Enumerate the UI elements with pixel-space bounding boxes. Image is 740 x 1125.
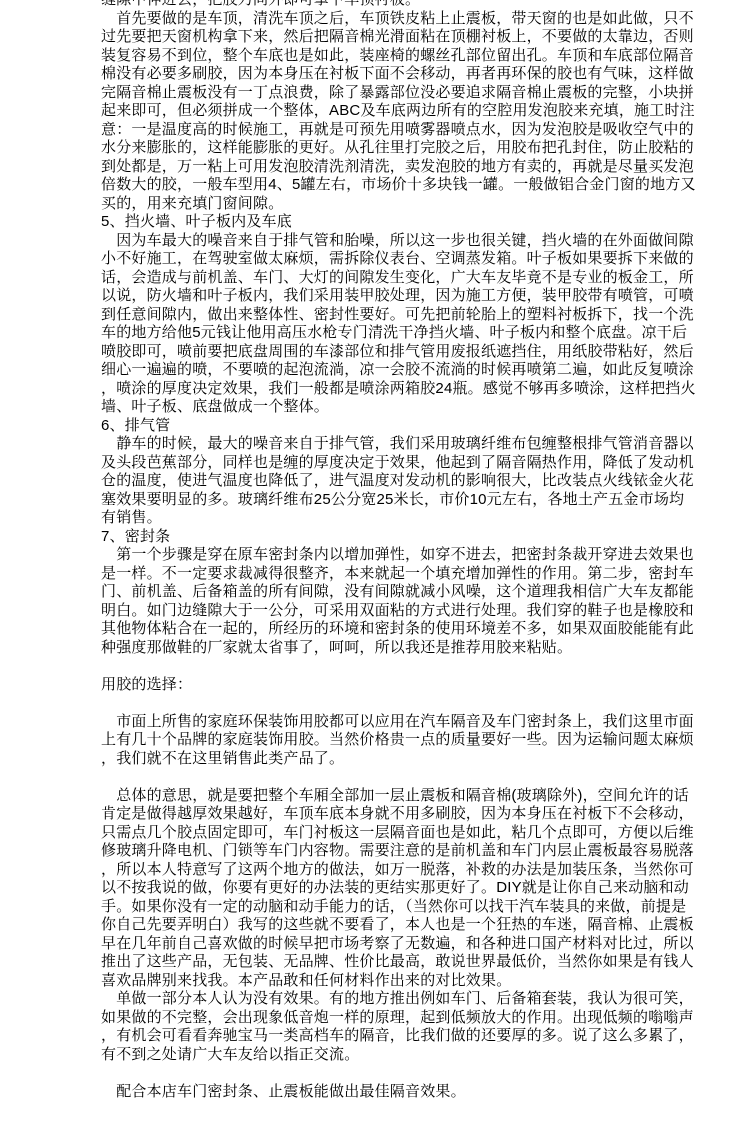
text-line: 上有几十个品牌的家庭装饰用胶。当然价格贵一点的质量要好一些。因为运输问题太麻烦: [101, 731, 734, 750]
text-line: 第一个步骤是穿在原车密封条内以增加弹性，如穿不进去，把密封条裁开穿进去效果也: [101, 546, 734, 565]
text-line: 话，会造成与前机盖、车门、大灯的间隙发生变化，广大车友毕竟不是专业的板金工，所: [101, 269, 734, 288]
text-line: 只需点几个胶点固定即可，车门衬板这一层隔音面也是如此，粘几个点即可，方便以后维: [101, 824, 734, 843]
text-line: 小不好施工，在驾驶室做太麻烦，需拆除仪表台、空调蒸发箱。叶子板如果要拆下来做的: [101, 250, 734, 269]
text-line: 塞效果要明显的多。玻璃纤维布25公分宽25米长，市价10元左右，各地土产五金市场…: [101, 491, 734, 510]
text-line: [101, 1064, 734, 1083]
text-line: 及头段芭蕉部分，同样也是缠的厚度决定于效果，他起到了隔音隔热作用，降低了发动机: [101, 454, 734, 473]
text-line: 如果做的不完整，会出现象低音炮一样的原理，起到低频放大的作用。出现低频的嗡嗡声: [101, 1009, 734, 1028]
text-line: 门、前机盖、后备箱盖的所有间隙，没有间隙就减小风噪，这个道理我相信广大车友都能: [101, 583, 734, 602]
text-line: ，有机会可看看奔驰宝马一类高档车的隔音，比我们做的还要厚的多。说了这么多累了，: [101, 1027, 734, 1046]
text-line: 用胶的选择：: [101, 676, 734, 695]
text-line: 6、排气管: [101, 417, 734, 436]
text-line: 配合本店车门密封条、止震板能做出最佳隔音效果。: [101, 1083, 734, 1102]
text-line: 过先要把天窗机构拿下来，然后把隔音棉光滑面粘在顶棚衬板上，不要做的太靠边，否则: [101, 28, 734, 47]
document-page: 缝隙中伸进去，把胶刀向外即可拿下车顶衬板。 首先要做的是车顶，清洗车顶之后，车顶…: [0, 0, 740, 1125]
text-line: 修玻璃升降电机、门锁等车门内容物。需要注意的是前机盖和车门内层止震板最容易脱落: [101, 842, 734, 861]
text-line: 你自己先要弄明白）我写的这些就不要看了，本人也是一个狂热的车迷，隔音棉、止震板: [101, 916, 734, 935]
text-line: 缝隙中伸进去，把胶刀向外即可拿下车顶衬板。: [101, 0, 734, 10]
text-line: 首先要做的是车顶，清洗车顶之后，车顶铁皮粘上止震板，带天窗的也是如此做，只不: [101, 10, 734, 29]
text-line: 因为车最大的噪音来自于排气管和胎噪，所以这一步也很关键，挡火墙的在外面做间隙: [101, 232, 734, 251]
text-line: 买的，用来充填门窗间隙。: [101, 195, 734, 214]
text-line: ，我们就不在这里销售此类产品了。: [101, 750, 734, 769]
text-line: 起来即可，但必须拼成一个整体，ABC及车底两边所有的空腔用发泡胶来充填，施工时注: [101, 102, 734, 121]
text-line: 喷胶即可，喷前要把底盘周围的车漆部位和排气管用废报纸遮挡住，用纸胶带粘好，然后: [101, 343, 734, 362]
text-line: 有销售。: [101, 509, 734, 528]
text-line: 以说，防火墙和叶子板内，我们采用装甲胶处理，因为施工方便，装甲胶带有喷管，可喷: [101, 287, 734, 306]
text-line: 手。如果你没有一定的动脑和动手能力的话，（当然你可以找干汽车装具的来做，前提是: [101, 898, 734, 917]
text-line: 5、挡火墙、叶子板内及车底: [101, 213, 734, 232]
text-line: 有不到之处请广大车友给以指正交流。: [101, 1046, 734, 1065]
text-line: 早在几年前自己喜欢做的时候早把市场考察了无数遍，和各种进口国产材料对比过，所以: [101, 935, 734, 954]
text-line: ，喷涂的厚度决定效果，我们一般都是喷涂两箱胶24瓶。感觉不够再多喷涂，这样把挡火: [101, 380, 734, 399]
text-line: 喜欢品牌别来找我。本产品敢和任何材料作出来的对比效果。: [101, 972, 734, 991]
text-line: 到处都是，万一粘上可用发泡胶清洗剂清洗，卖发泡胶的地方有卖的，再就是尽量买发泡: [101, 158, 734, 177]
text-line: 墙、叶子板、底盘做成一个整体。: [101, 398, 734, 417]
text-line: 意：一是温度高的时候施工，再就是可预先用喷雾器喷点水，因为发泡胶是吸收空气中的: [101, 121, 734, 140]
text-line: 棉没有必要多刷胶，因为本身压在衬板下面不会移动，再者再环保的胶也有气味，这样做: [101, 65, 734, 84]
text-line: 倍数大的胶，一般车型用4、5罐左右，市场价十多块钱一罐。一般做铝合金门窗的地方又: [101, 176, 734, 195]
text-line: 车的地方给他5元钱让他用高压水枪专门清洗干净挡火墙、叶子板内和整个底盘。凉干后: [101, 324, 734, 343]
text-line: 总体的意思，就是要把整个车厢全部加一层止震板和隔音棉(玻璃除外)，空间允许的话: [101, 787, 734, 806]
article-body: 缝隙中伸进去，把胶刀向外即可拿下车顶衬板。 首先要做的是车顶，清洗车顶之后，车顶…: [0, 0, 740, 1101]
text-line: 完隔音棉止震板没有一丁点浪费，除了暴露部位没必要追求隔音棉止震板的完整，小块拼: [101, 84, 734, 103]
text-line: [101, 694, 734, 713]
text-line: [101, 768, 734, 787]
text-line: 市面上所售的家庭环保装饰用胶都可以应用在汽车隔音及车门密封条上，我们这里市面: [101, 713, 734, 732]
text-line: 种强度那做鞋的厂家就太省事了，呵呵，所以我还是推荐用胶来粘贴。: [101, 639, 734, 658]
text-line: 7、密封条: [101, 528, 734, 547]
text-line: 单做一部分本人认为没有效果。有的地方推出例如车门、后备箱套装，我认为很可笑，: [101, 990, 734, 1009]
text-line: 静车的时候，最大的噪音来自于排气管，我们采用玻璃纤维布包缠整根排气管消音器以: [101, 435, 734, 454]
text-line: 水分来膨胀的，这样能膨胀的更好。从孔往里打完胶之后，用胶布把孔封住，防止胶粘的: [101, 139, 734, 158]
text-line: 肯定是做得越厚效果越好，车顶车底本身就不用多刷胶，因为本身压在衬板下不会移动，: [101, 805, 734, 824]
text-line: 推出了这些产品，无包装、无品牌、性价比最高，敢说世界最低价，当然你如果是有钱人: [101, 953, 734, 972]
text-line: 仓的温度，使进气温度也降低了，进气温度对发动机的影响很大，比改装点火线铱金火花: [101, 472, 734, 491]
text-line: 是一样。不一定要求裁减得很整齐，本来就起一个填充增加弹性的作用。第二步，密封车: [101, 565, 734, 584]
text-line: 到任意间隙内，做出来整体性、密封性要好。可先把前轮胎上的塑料衬板拆下，找一个洗: [101, 306, 734, 325]
text-line: 明白。如门边缝隙大于一公分，可采用双面粘的方式进行处理。我们穿的鞋子也是橡胶和: [101, 602, 734, 621]
text-line: [101, 657, 734, 676]
text-line: 其他物体粘合在一起的，所经历的环境和密封条的使用环境差不多，如果双面胶能能有此: [101, 620, 734, 639]
text-line: 装复容易不到位，整个车底也是如此，装座椅的螺丝孔部位留出孔。车顶和车底部位隔音: [101, 47, 734, 66]
text-line: 以不按我说的做，你要有更好的办法装的更结实那更好了。DIY就是让你自己来动脑和动: [101, 879, 734, 898]
text-line: ，所以本人特意写了这两个地方的做法，如万一脱落，补救的办法是加装压条，当然你可: [101, 861, 734, 880]
text-line: 细心一遍遍的喷，不要喷的起泡流淌，凉一会胶不流淌的时候再喷第二遍，如此反复喷涂: [101, 361, 734, 380]
